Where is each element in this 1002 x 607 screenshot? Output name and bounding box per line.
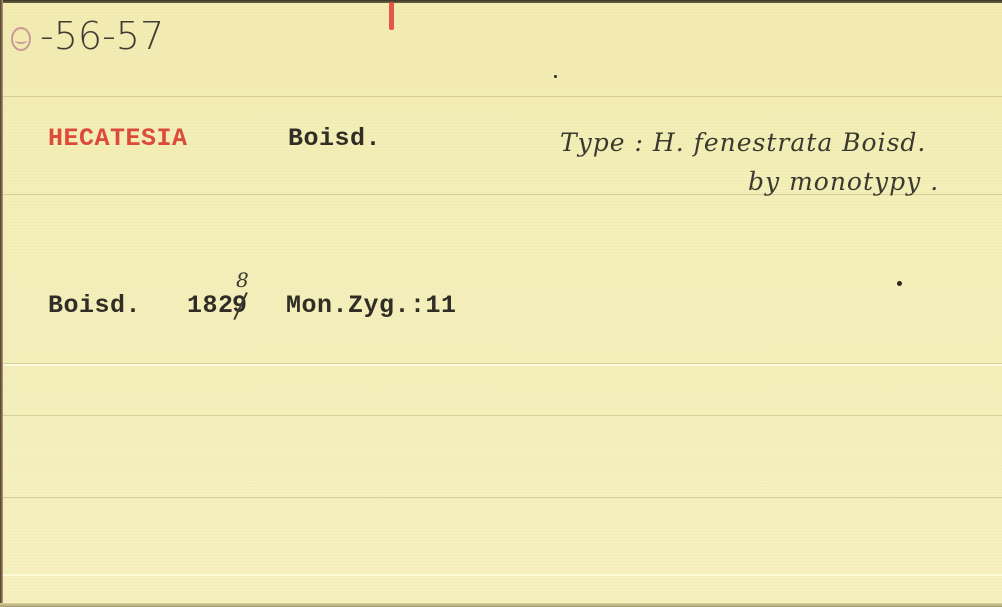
type-note-line2: by monotypy . — [748, 167, 939, 196]
speck — [554, 75, 557, 78]
ruled-line — [3, 96, 1002, 97]
citation-author: Boisd. — [48, 291, 141, 320]
card-left-edge — [0, 0, 3, 607]
card-top-edge — [0, 0, 1002, 3]
citation-reference: Mon.Zyg.:11 — [286, 291, 457, 320]
year-correction: 8 — [236, 268, 249, 292]
ruled-line — [3, 497, 1002, 498]
speck — [897, 281, 902, 286]
red-tab-mark — [389, 2, 394, 30]
catalog-number: -56-57 — [40, 14, 164, 58]
ruled-line — [3, 364, 1002, 366]
genus-name: HECATESIA — [48, 124, 188, 153]
type-note-line1: Type : H. fenestrata Boisd. — [560, 128, 926, 157]
ruled-line — [3, 415, 1002, 416]
card-bottom-edge — [0, 603, 1002, 607]
genus-author: Boisd. — [288, 124, 381, 153]
catalog-prefix-stamp — [11, 27, 31, 51]
ruled-line — [3, 574, 1002, 576]
index-card: -56-57 HECATESIA Boisd. Type : H. fenest… — [0, 0, 1002, 607]
citation-year-prefix: 182 — [187, 291, 234, 320]
